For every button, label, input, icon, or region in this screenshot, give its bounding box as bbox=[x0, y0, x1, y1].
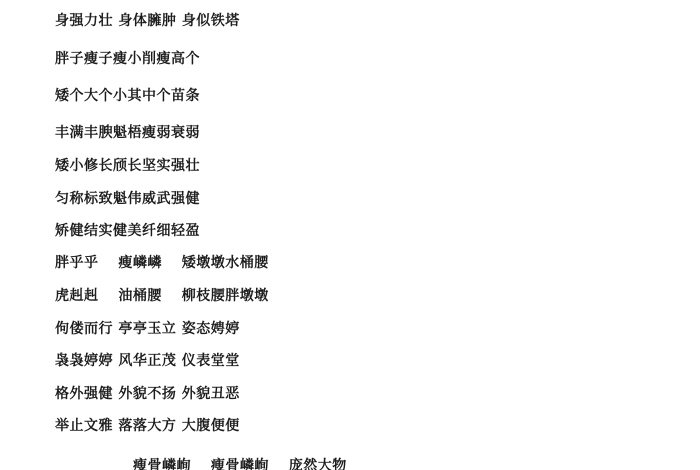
text-line: 矮小修长颀长坚实强壮 bbox=[55, 157, 200, 175]
text-line: 胖乎乎 瘦嶙嶙 矮墩墩水桶腰 bbox=[55, 254, 269, 272]
text-line: 格外强健 外貌不扬 外貌丑恶 bbox=[55, 385, 240, 403]
text-line: 匀称标致魁伟威武强健 bbox=[55, 190, 200, 208]
document-page: 身强力壮 身体臃肿 身似铁塔 胖子瘦子瘦小削瘦高个 矮个大个小其中个苗条 丰满丰… bbox=[0, 0, 700, 470]
text-line: 举止文雅 落落大方 大腹便便 bbox=[55, 417, 240, 435]
text-line: 矮个大个小其中个苗条 bbox=[55, 87, 200, 105]
text-line: 袅袅婷婷 风华正茂 仪表堂堂 bbox=[55, 352, 240, 370]
text-line: 虎赳赳 油桶腰 柳枝腰胖墩墩 bbox=[55, 287, 269, 305]
text-line: 丰满丰腴魁梧瘦弱衰弱 bbox=[55, 124, 200, 142]
text-line: 矫健结实健美纤细轻盈 bbox=[55, 222, 200, 240]
text-line-clipped: 瘦骨嶙峋 瘦骨嶙峋 庞然大物 bbox=[133, 457, 347, 470]
text-line: 身强力壮 身体臃肿 身似铁塔 bbox=[55, 12, 240, 30]
text-line: 胖子瘦子瘦小削瘦高个 bbox=[55, 50, 200, 68]
text-line: 佝偻而行 亭亭玉立 姿态娉婷 bbox=[55, 320, 240, 338]
